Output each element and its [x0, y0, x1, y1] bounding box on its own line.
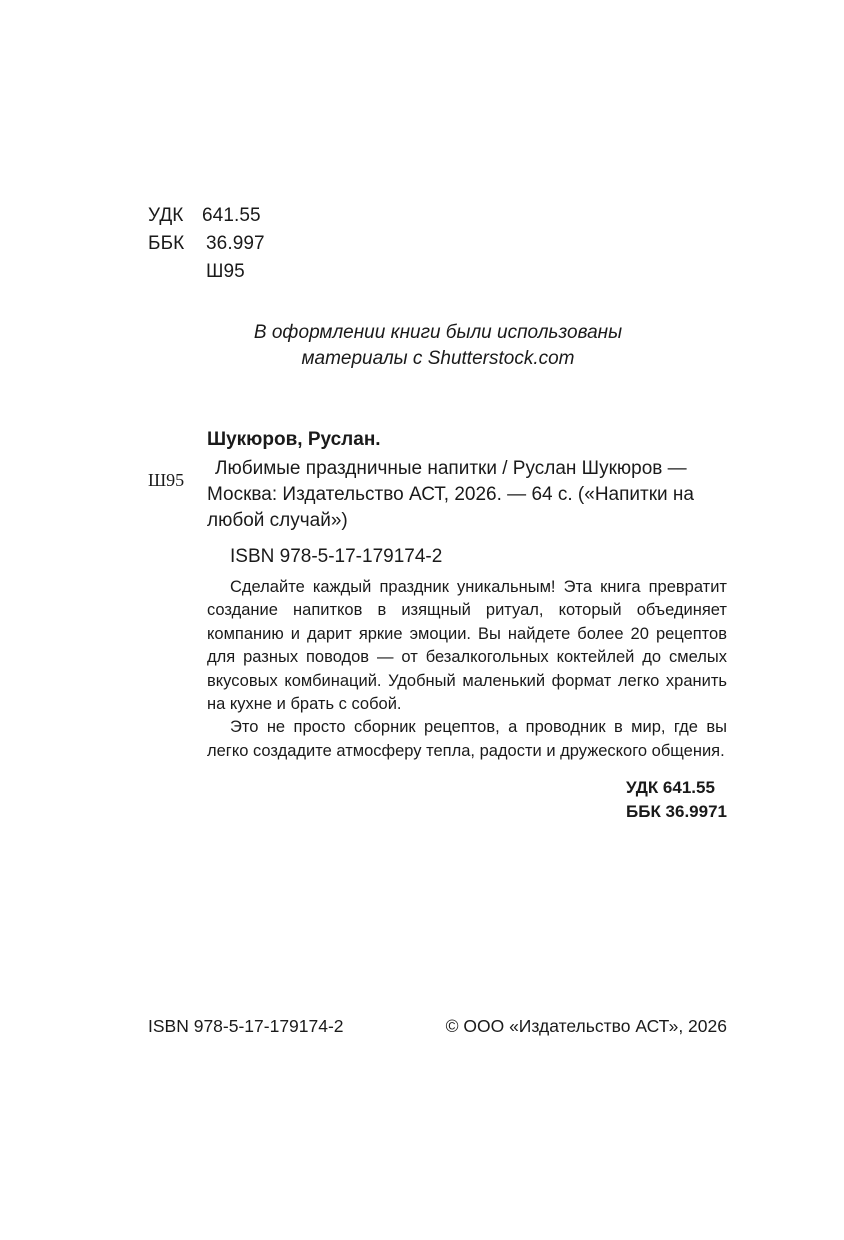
credits-line-1: В оформлении книги были использованы	[200, 320, 676, 346]
footer-copyright: © ООО «Издательство АСТ», 2026	[446, 1014, 727, 1038]
annotation: Сделайте каждый праздник уникальным! Эта…	[207, 576, 727, 763]
credits-line-2: материалы с Shutterstock.com	[200, 346, 676, 372]
image-credits: В оформлении книги были использованы мат…	[200, 320, 676, 372]
udk-code-right: УДК 641.55	[626, 776, 727, 800]
bbk-label: ББК	[148, 232, 206, 256]
imprint-page: УДК641.55 ББК36.997 Ш95 В оформлении кни…	[0, 0, 844, 1240]
udk-line: УДК641.55	[148, 204, 261, 228]
udk-value: 641.55	[202, 205, 261, 226]
annotation-paragraph-2: Это не просто сборник рецептов, а провод…	[207, 716, 727, 763]
bbk-code-right: ББК 36.9971	[626, 800, 727, 824]
udk-label: УДК	[148, 204, 202, 228]
classification-codes-right: УДК 641.55 ББК 36.9971	[626, 776, 727, 824]
isbn-record: ISBN 978-5-17-179174-2	[230, 544, 442, 570]
side-author-mark: Ш95	[148, 468, 184, 492]
author-heading: Шукюров, Руслан.	[207, 428, 381, 452]
annotation-paragraph-1: Сделайте каждый праздник уникальным! Эта…	[207, 576, 727, 716]
author-mark: Ш95	[206, 260, 245, 284]
bibliographic-description: Любимые праздничные напитки / Руслан Шук…	[207, 456, 727, 534]
bbk-value: 36.997	[206, 233, 265, 254]
footer-isbn: ISBN 978-5-17-179174-2	[148, 1014, 344, 1038]
bbk-line: ББК36.997	[148, 232, 265, 256]
